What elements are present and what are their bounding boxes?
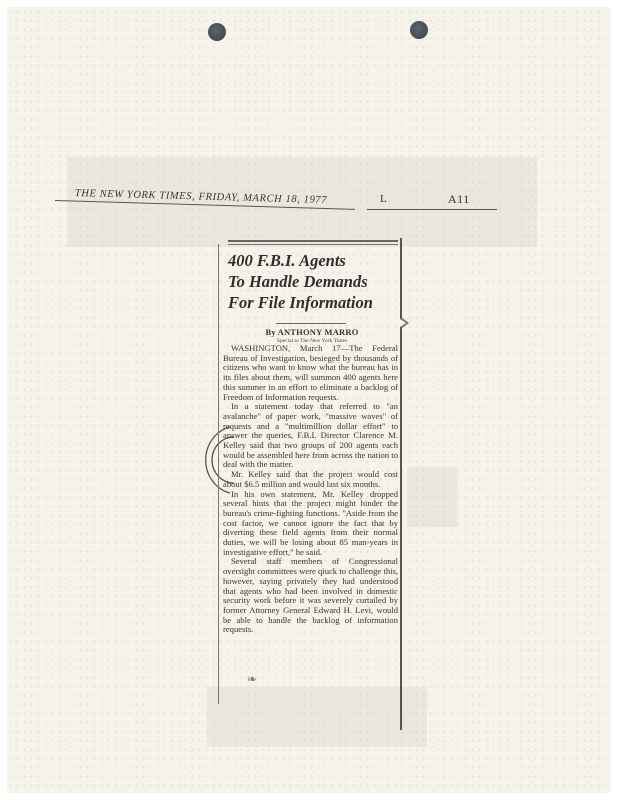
paragraph: In a statement today that referred to "a…: [223, 402, 398, 470]
top-rule: [228, 240, 398, 242]
headline-rule: [276, 323, 346, 324]
newspaper-masthead: THE NEW YORK TIMES, FRIDAY, MARCH 18, 19…: [55, 186, 495, 216]
headline-line-2: To Handle Demands: [228, 271, 400, 292]
paragraph: WASHINGTON, March 17—The Federal Bureau …: [223, 344, 398, 402]
byline: By ANTHONY MARRO: [226, 327, 398, 337]
clip-edge: [218, 244, 219, 704]
article-body: WASHINGTON, March 17—The Federal Bureau …: [223, 344, 398, 635]
scan-smudge: [407, 467, 457, 527]
masthead-rule-right: [367, 209, 497, 210]
top-rule-thin: [228, 244, 398, 245]
article-clipping: 400 F.B.I. Agents To Handle Demands For …: [226, 240, 401, 730]
column-rule: [400, 238, 402, 730]
paragraph: Mr. Kelley said that the project would c…: [223, 470, 398, 489]
page-number: A11: [448, 192, 470, 207]
hole-punch-right: [410, 21, 428, 39]
headline-line-3: For File Information: [228, 292, 400, 313]
chevron-right-icon: [401, 317, 409, 329]
article-headline: 400 F.B.I. Agents To Handle Demands For …: [228, 250, 400, 313]
handwritten-mark-icon: ❧: [247, 672, 257, 687]
headline-line-1: 400 F.B.I. Agents: [228, 250, 400, 271]
paragraph: Several staff members of Congressional o…: [223, 557, 398, 635]
edition-letter: L: [380, 193, 387, 205]
paragraph: In his own statement, Mr. Kelley dropped…: [223, 490, 398, 558]
publication-line: THE NEW YORK TIMES, FRIDAY, MARCH 18, 19…: [75, 188, 328, 206]
hole-punch-left: [208, 23, 226, 41]
